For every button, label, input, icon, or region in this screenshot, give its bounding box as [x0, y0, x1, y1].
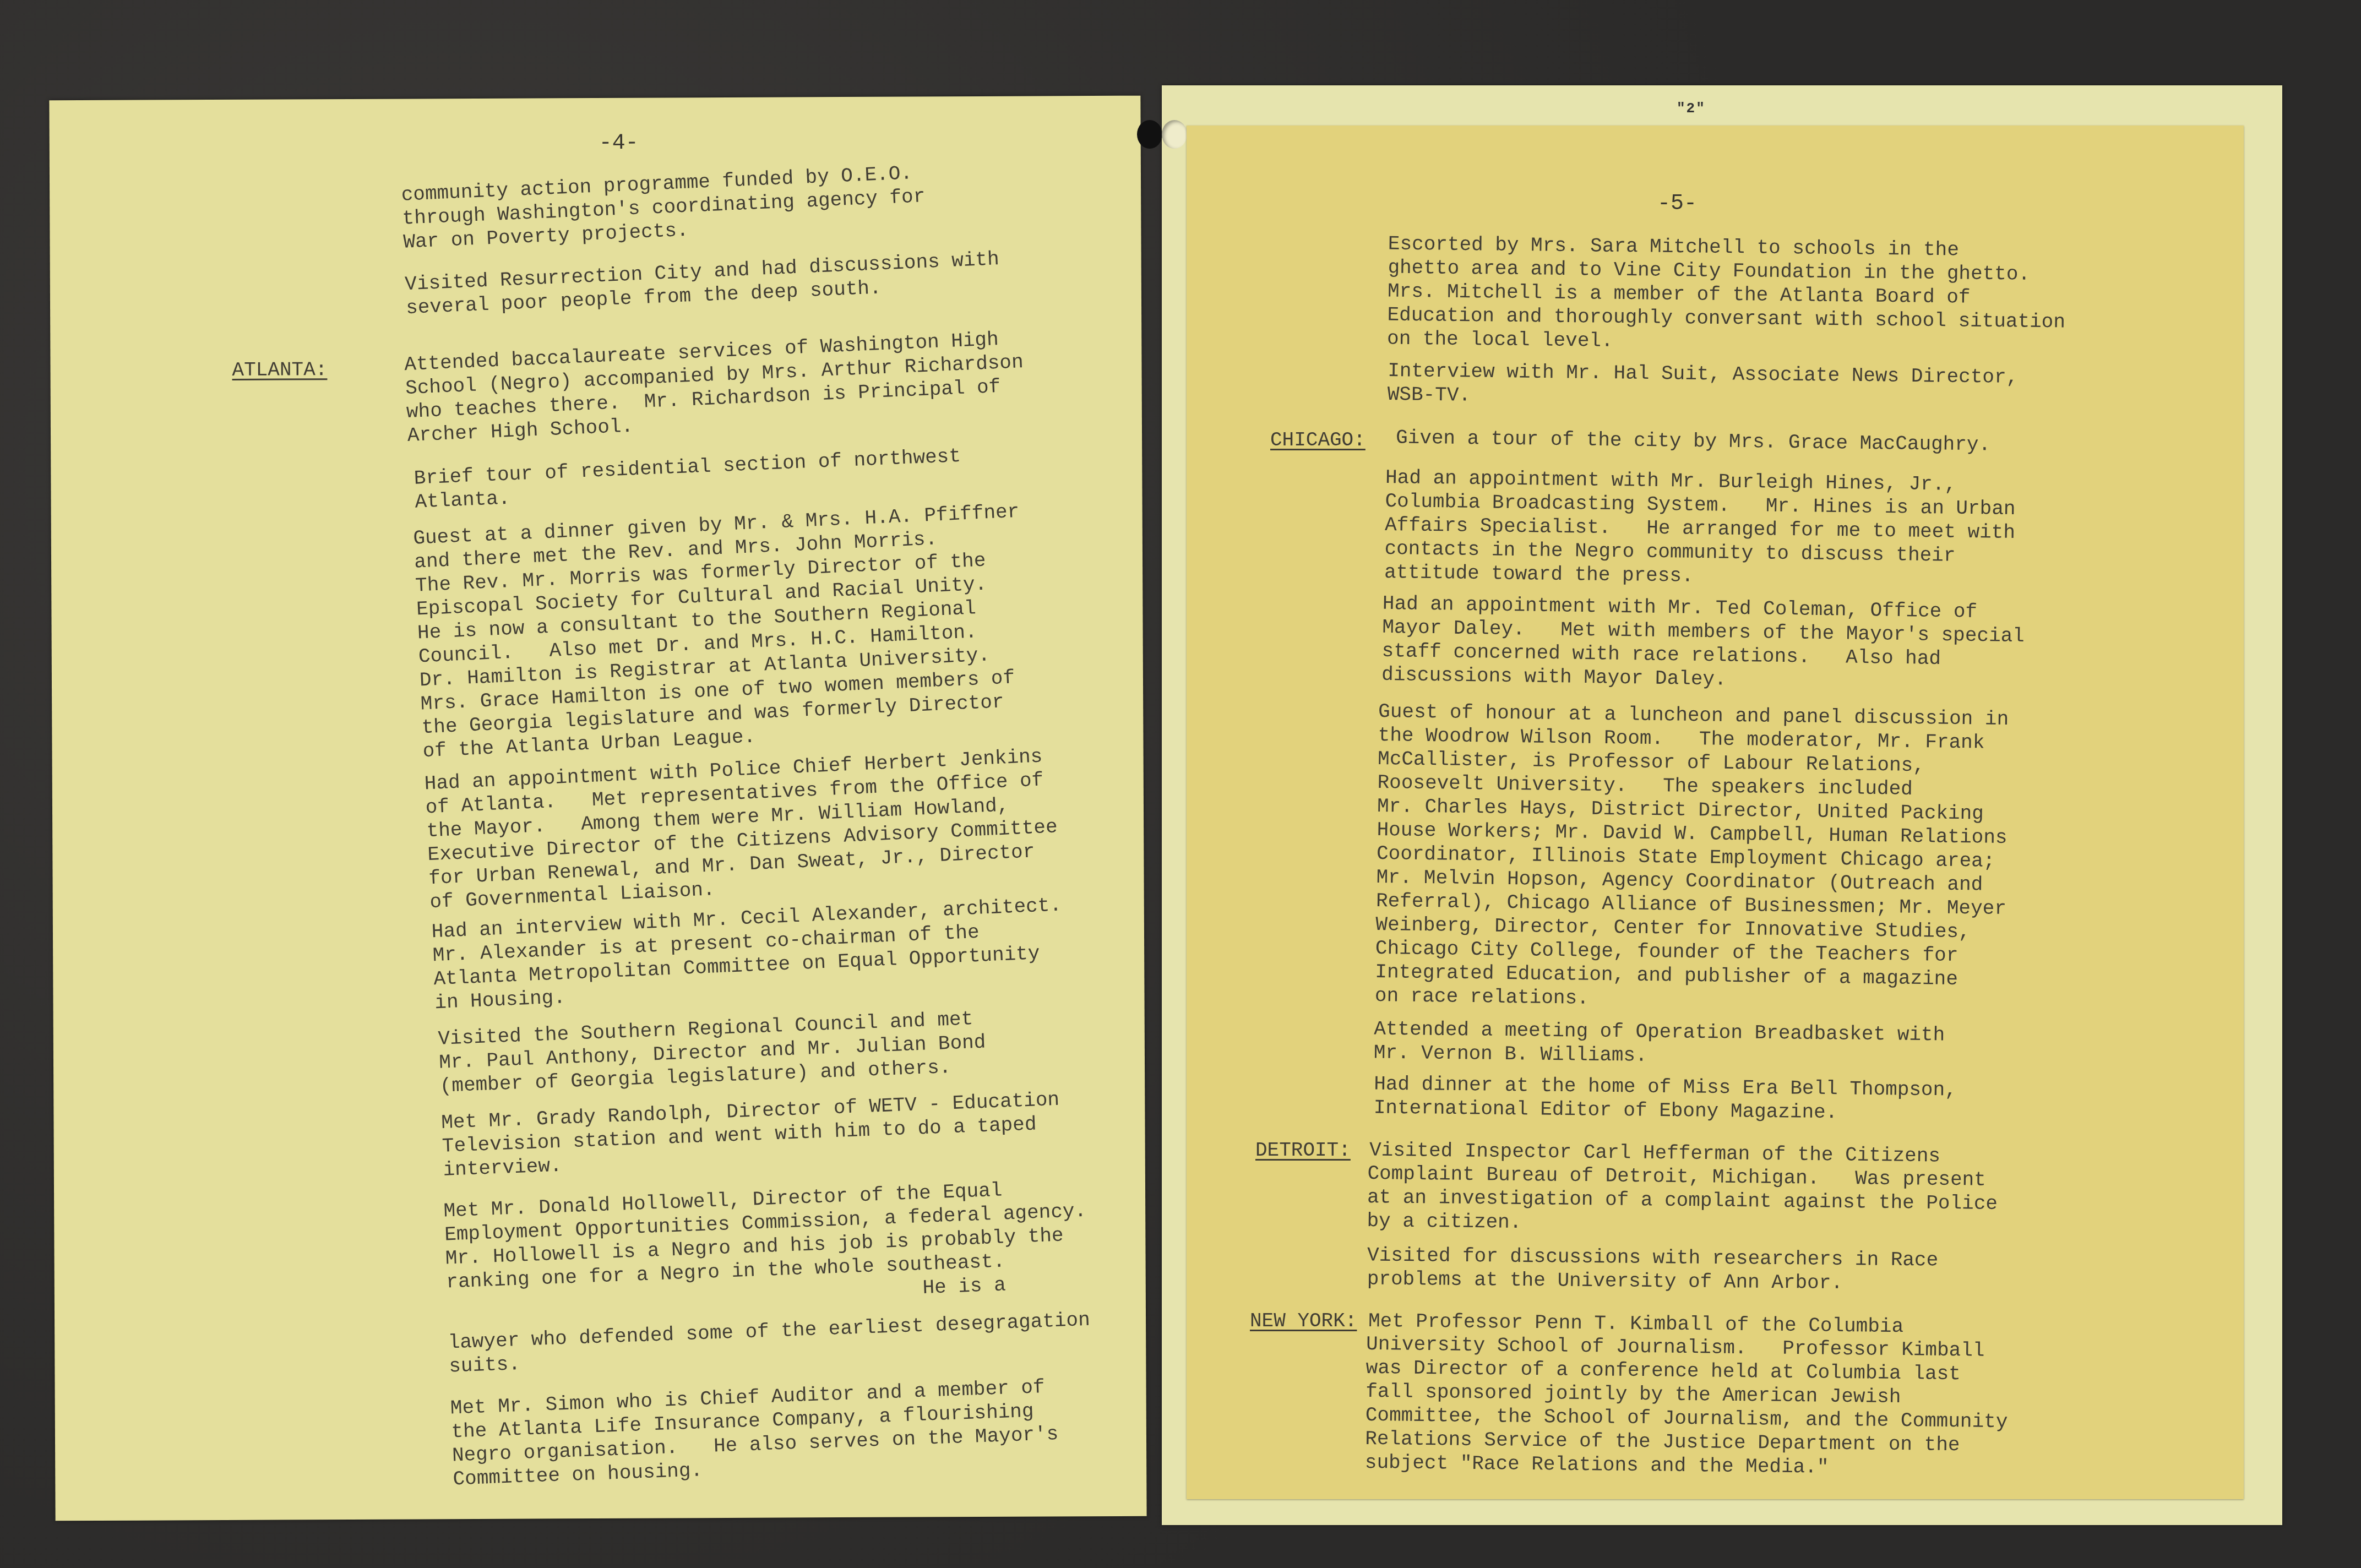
- atlanta-paragraph: Attended baccalaureate services of Washi…: [404, 326, 1026, 448]
- top-page-mark: "2": [1677, 100, 1706, 117]
- new-york-paragraph: University School of Journalism. Profess…: [1365, 1332, 2009, 1481]
- section-heading-atlanta: ATLANTA:: [232, 358, 327, 382]
- atlanta-paragraph: lawyer who defended some of the earliest…: [448, 1308, 1091, 1379]
- chicago-paragraph: Had an appointment with Mr. Ted Coleman,…: [1381, 592, 2025, 695]
- chicago-paragraph: Had an appointment with Mr. Burleigh Hin…: [1384, 466, 2016, 592]
- right-page: -5- Escorted by Mrs. Sara Mitchell to sc…: [1187, 126, 2244, 1499]
- chicago-paragraph: Guest of honour at a luncheon and panel …: [1375, 700, 2009, 1015]
- section-heading-chicago: CHICAGO:: [1270, 428, 1366, 452]
- binder-hole: [1162, 120, 1187, 149]
- intro-paragraph: Escorted by Mrs. Sara Mitchell to school…: [1387, 232, 2066, 358]
- section-heading-detroit: DETROIT:: [1255, 1139, 1351, 1162]
- detroit-paragraph: Visited for discussions with researchers…: [1367, 1243, 1939, 1295]
- atlanta-paragraph: Visited the Southern Regional Council an…: [438, 1007, 987, 1098]
- page-number: -5-: [1657, 192, 1697, 216]
- chicago-first-line: Given a tour of the city by Mrs. Grace M…: [1396, 426, 1991, 456]
- atlanta-paragraph: Guest at a dinner given by Mr. & Mrs. H.…: [413, 500, 1030, 764]
- intro-paragraph: Interview with Mr. Hal Suit, Associate N…: [1388, 359, 2019, 413]
- section-heading-new-york: NEW YORK:: [1250, 1309, 1357, 1333]
- binder-hole: [1137, 120, 1162, 149]
- page-number: -4-: [599, 131, 639, 156]
- detroit-paragraph: Complaint Bureau of Detroit, Michigan. W…: [1367, 1162, 1998, 1239]
- atlanta-paragraph: Met Mr. Donald Hollowell, Director of th…: [443, 1175, 1090, 1318]
- atlanta-paragraph: Brief tour of residential section of nor…: [414, 444, 962, 514]
- atlanta-paragraph: Had an interview with Mr. Cecil Alexande…: [431, 893, 1065, 1015]
- chicago-paragraph: Attended a meeting of Operation Breadbas…: [1374, 1017, 1945, 1071]
- atlanta-paragraph: Met Mr. Simon who is Chief Auditor and a…: [450, 1375, 1059, 1491]
- intro-paragraph: Visited Resurrection City and had discus…: [404, 247, 1000, 320]
- atlanta-paragraph: Had an appointment with Police Chief Her…: [424, 744, 1060, 914]
- chicago-paragraph: Had dinner at the home of Miss Era Bell …: [1374, 1072, 1957, 1125]
- atlanta-paragraph: Met Mr. Grady Randolph, Director of WETV…: [441, 1088, 1062, 1182]
- left-page: -4- community action programme funded by…: [49, 96, 1146, 1521]
- intro-paragraph: community action programme funded by O.E…: [401, 161, 927, 254]
